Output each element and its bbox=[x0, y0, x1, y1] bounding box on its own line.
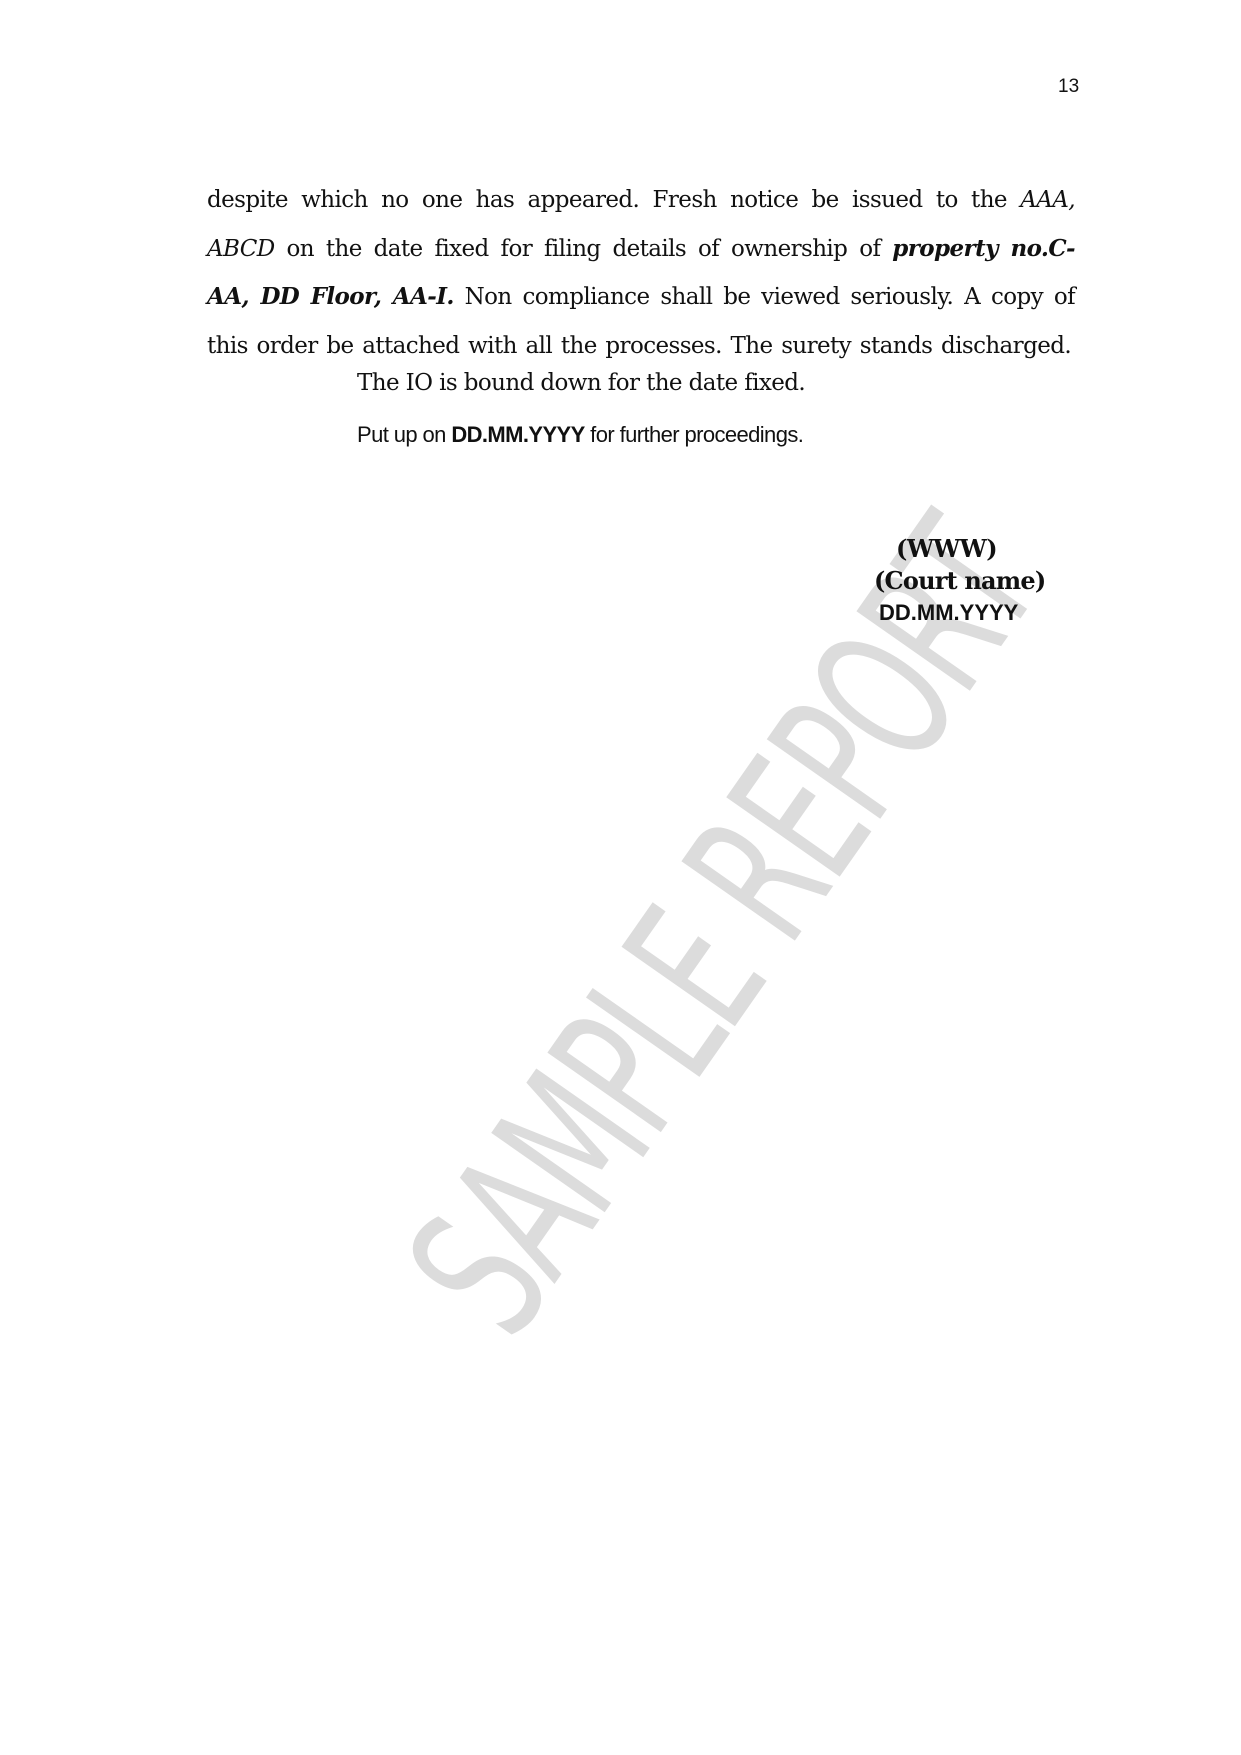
put-up-suffix: for further proceedings. bbox=[585, 422, 804, 447]
signature-date: DD.MM.YYYY bbox=[879, 600, 1018, 626]
put-up-prefix: Put up on bbox=[357, 422, 451, 447]
order-paragraph: despite which no one has appeared. Fresh… bbox=[207, 176, 1075, 370]
paragraph-text: despite which no one has appeared. Fresh… bbox=[207, 187, 1020, 213]
signatory-name: (WWW) bbox=[896, 534, 997, 563]
page-number: 13 bbox=[1058, 76, 1079, 98]
put-up-date: DD.MM.YYYY bbox=[451, 422, 584, 447]
paragraph-text: on the date fixed for filing details of … bbox=[275, 236, 893, 262]
document-page: SAMPLE REPORT 13 despite which no one ha… bbox=[0, 0, 1241, 1755]
court-name: (Court name) bbox=[874, 566, 1045, 595]
io-bound-line: The IO is bound down for the date fixed. bbox=[357, 370, 805, 396]
put-up-line: Put up on DD.MM.YYYY for further proceed… bbox=[357, 422, 803, 448]
watermark: SAMPLE REPORT bbox=[368, 710, 922, 1370]
